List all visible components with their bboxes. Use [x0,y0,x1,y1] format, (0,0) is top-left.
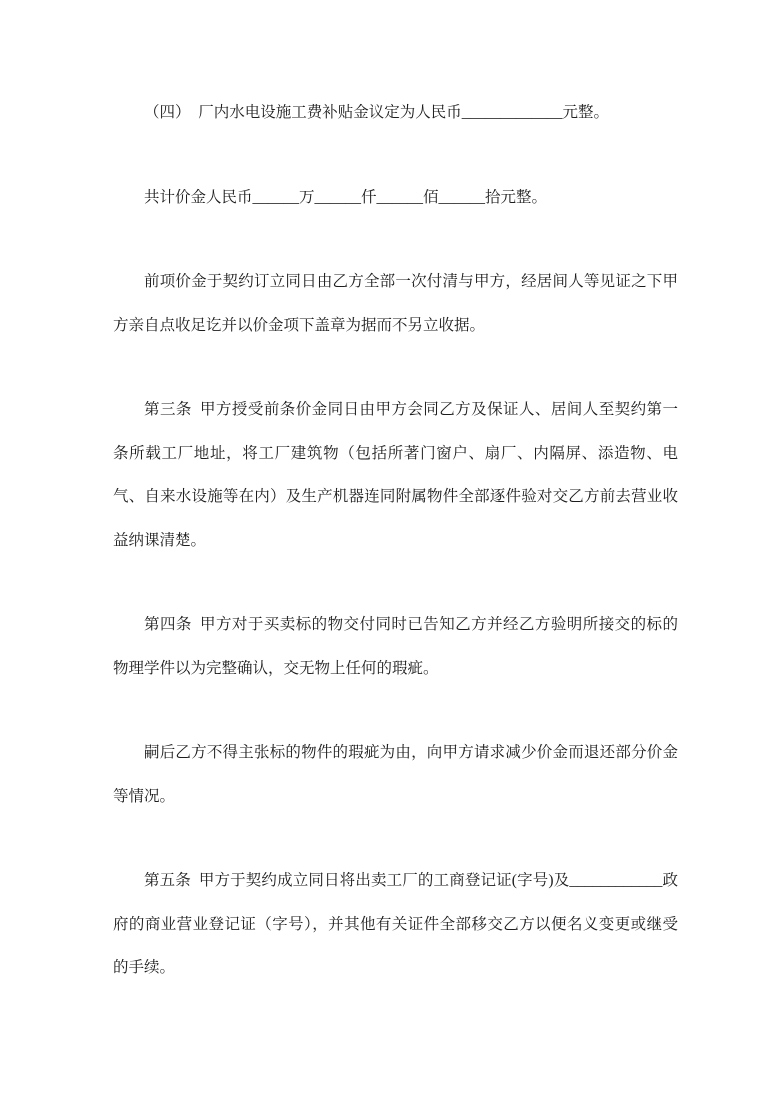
document-page: （四） 厂内水电设施工费补贴金议定为人民币_____________元整。 共计… [0,0,774,1095]
paragraph-article-5-licenses: 第五条 甲方于契约成立同日将出卖工厂的工商登记证(字号)及___________… [113,859,678,990]
paragraph-no-defect-claims: 嗣后乙方不得主张标的物件的瑕疵为由，向甲方请求减少价金而退还部分价金等情况。 [113,731,678,818]
paragraph-clause-4-utility-subsidy: （四） 厂内水电设施工费补贴金议定为人民币_____________元整。 [113,91,678,135]
paragraph-total-price-blanks: 共计价金人民币______万______仟______佰______拾元整。 [113,176,678,220]
paragraph-article-4-inspection: 第四条 甲方对于买卖标的物交付同时已告知乙方并经乙方验明所接交的标的物理学件以为… [113,603,678,690]
paragraph-payment-terms: 前项价金于契约订立同日由乙方全部一次付清与甲方，经居间人等见证之下甲方亲自点收足… [113,260,678,347]
paragraph-article-3-handover: 第三条 甲方授受前条价金同日由甲方会同乙方及保证人、居间人至契约第一条所载工厂地… [113,388,678,562]
